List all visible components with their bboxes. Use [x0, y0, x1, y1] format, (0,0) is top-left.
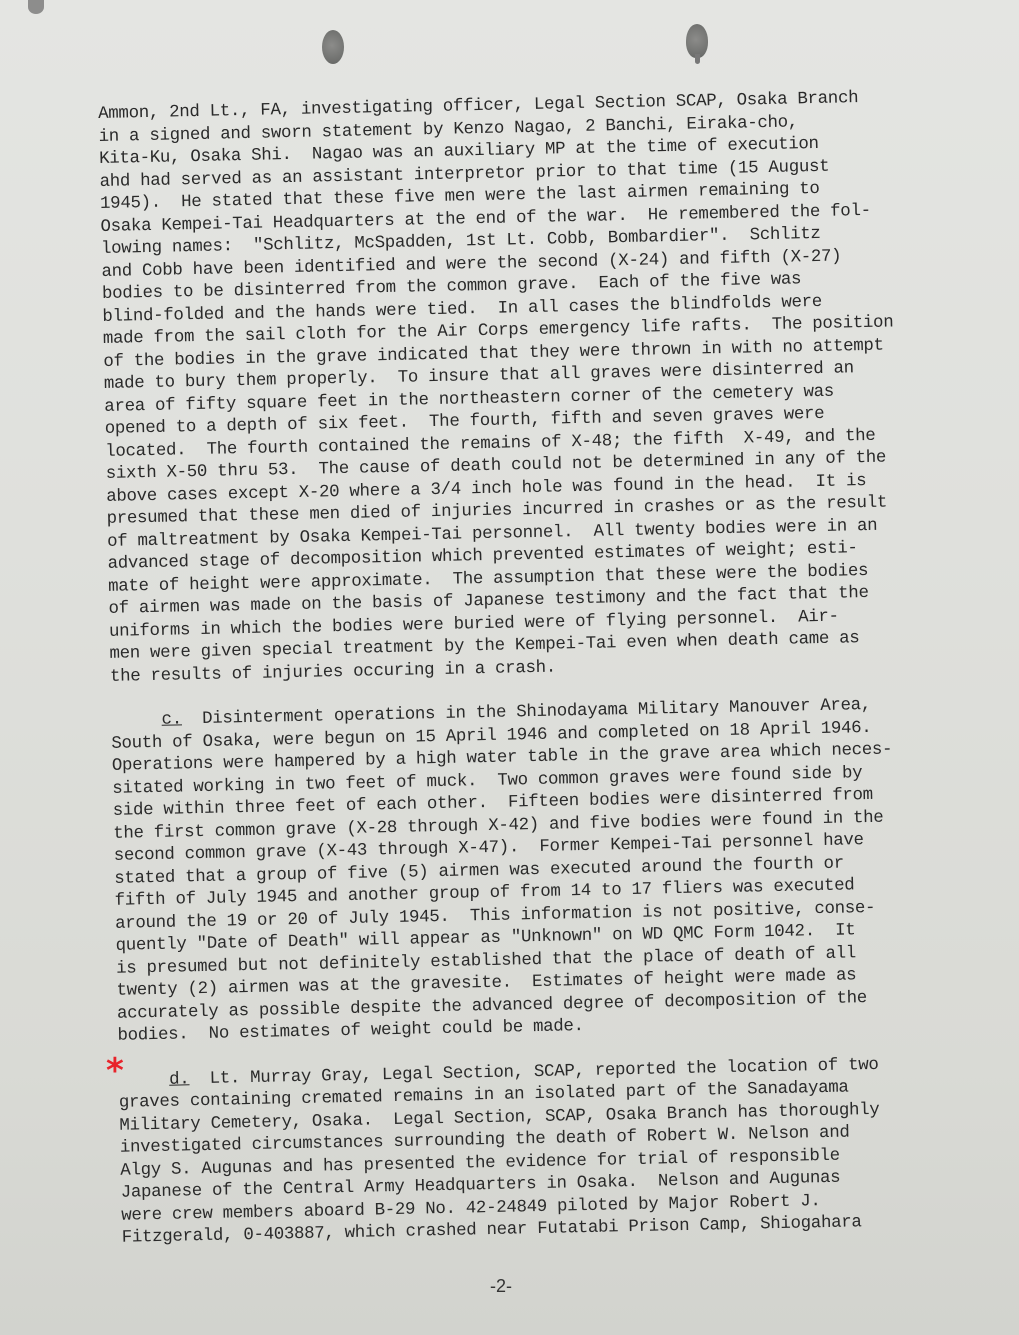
paragraph-b: Ammon, 2nd Lt., FA, investigating office… [98, 86, 970, 689]
document-body: Ammon, 2nd Lt., FA, investigating office… [98, 86, 982, 1250]
paragraph-c: c. Disinterment operations in the Shinod… [111, 693, 978, 1048]
ink-smudge [28, 0, 44, 14]
paragraph-c-letter: c. [161, 710, 182, 729]
document-page: Ammon, 2nd Lt., FA, investigating office… [0, 0, 1019, 1335]
punch-hole-right [686, 24, 708, 58]
punch-hole-left [322, 30, 344, 64]
paragraph-d: d. Lt. Murray Gray, Legal Section, SCAP,… [118, 1052, 982, 1250]
red-asterisk-annotation: * [106, 1054, 124, 1088]
page-number: -2- [490, 1276, 512, 1297]
paragraph-d-letter: d. [169, 1070, 190, 1089]
